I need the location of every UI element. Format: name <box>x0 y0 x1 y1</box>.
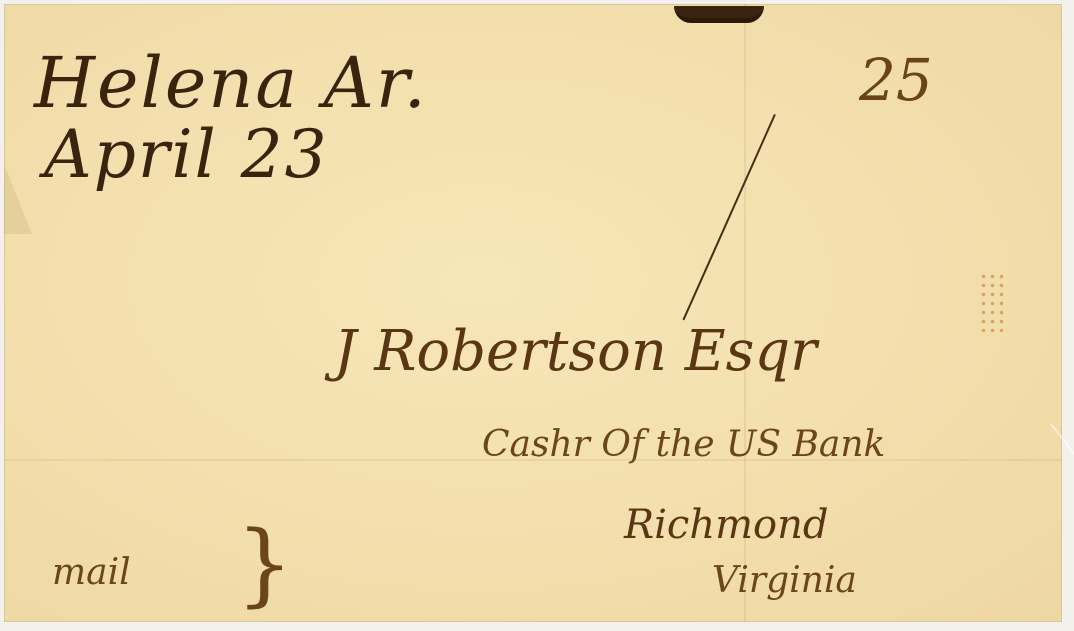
addressee-name: J Robertson Esqr <box>334 319 817 384</box>
address-state: Virginia <box>712 560 857 601</box>
folded-corner <box>4 164 32 234</box>
address-city: Richmond <box>624 502 828 548</box>
foxing-spots <box>979 272 1007 332</box>
postmark-origin: Helena Ar. <box>34 42 428 124</box>
paid-slash-mark <box>682 114 775 320</box>
brace-mark: } <box>236 512 293 617</box>
addressee-title: Cashr Of the US Bank <box>482 424 885 465</box>
mail-endorsement: mail <box>52 552 131 593</box>
postmark-date: April 23 <box>44 116 329 193</box>
postage-rate: 25 <box>859 46 933 114</box>
paper-edge-highlight <box>1050 423 1074 590</box>
letter-cover: Helena Ar. April 23 25 J Robertson Esqr … <box>4 4 1062 622</box>
seal-mark <box>674 6 764 23</box>
